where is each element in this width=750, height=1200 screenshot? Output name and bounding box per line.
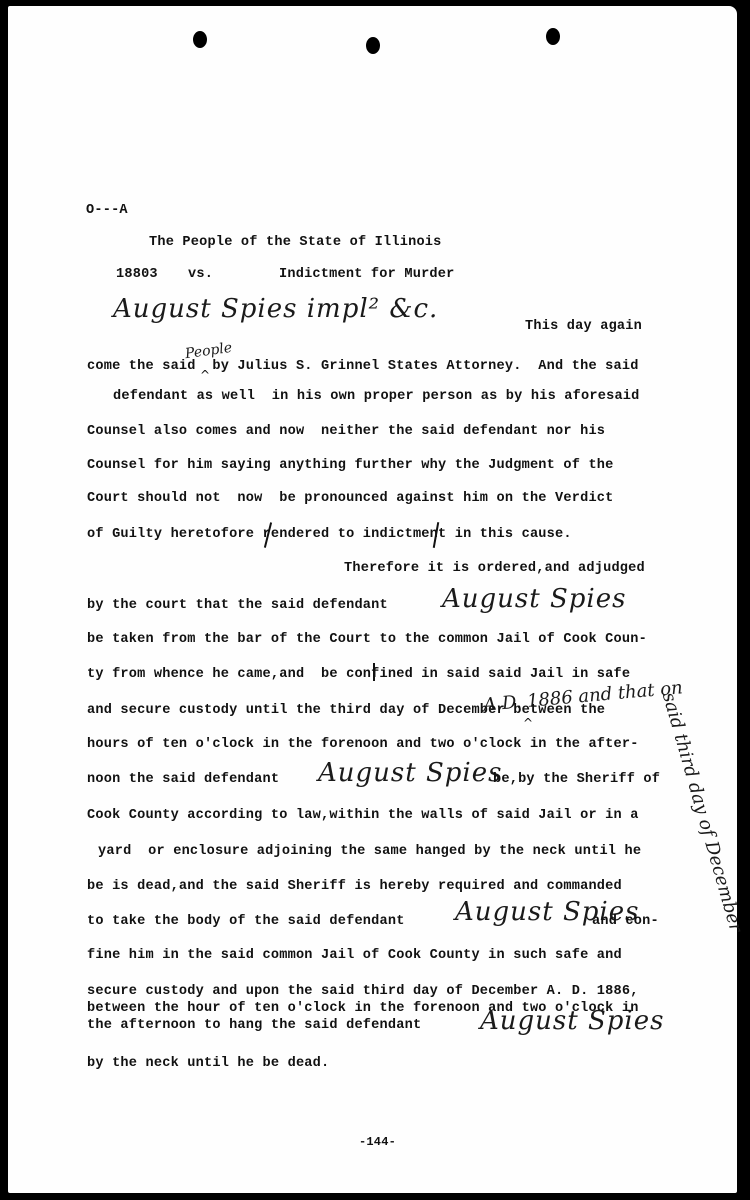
body-line: and con- bbox=[592, 915, 659, 929]
case-number: 18803 bbox=[116, 268, 158, 282]
handwritten-defendant-name: August Spies bbox=[318, 760, 502, 786]
handwritten-defendant-name: August Spies bbox=[480, 1008, 664, 1034]
handwritten-defendant-caption: August Spies impl² &c. bbox=[113, 296, 438, 322]
file-marker: O---A bbox=[86, 204, 128, 218]
body-line: hours of ten o'clock in the forenoon and… bbox=[87, 738, 639, 752]
body-line: be,by the Sheriff of bbox=[493, 773, 660, 787]
body-line: the afternoon to hang the said defendant bbox=[87, 1019, 421, 1033]
body-line: Therefore it is ordered,and adjudged bbox=[344, 562, 645, 576]
body-line: be taken from the bar of the Court to th… bbox=[87, 633, 647, 647]
body-line: ty from whence he came,and be confined i… bbox=[87, 668, 630, 682]
caption-versus: vs. bbox=[188, 268, 213, 282]
body-line: come the said by Julius S. Grinnel State… bbox=[87, 360, 639, 374]
body-line: to take the body of the said defendant bbox=[87, 915, 405, 929]
body-line: of Guilty heretofore rendered to indictm… bbox=[87, 528, 572, 542]
body-line: defendant as well in his own proper pers… bbox=[113, 390, 640, 404]
punch-hole-right bbox=[546, 28, 560, 45]
body-line: Court should not now be pronounced again… bbox=[87, 492, 614, 506]
caption-charge: Indictment for Murder bbox=[279, 268, 455, 282]
handwritten-defendant-name: August Spies bbox=[442, 586, 626, 612]
body-line: by the neck until he be dead. bbox=[87, 1057, 329, 1071]
edit-mark bbox=[373, 663, 375, 681]
body-line: Counsel for him saying anything further … bbox=[87, 459, 614, 473]
body-line: by the court that the said defendant bbox=[87, 599, 388, 613]
page-number: -144- bbox=[359, 1136, 396, 1148]
body-line: fine him in the said common Jail of Cook… bbox=[87, 949, 622, 963]
insertion-caret: ^ bbox=[523, 716, 533, 730]
body-line: yard or enclosure adjoining the same han… bbox=[98, 845, 641, 859]
body-line: be is dead,and the said Sheriff is hereb… bbox=[87, 880, 622, 894]
body-line: noon the said defendant bbox=[87, 773, 279, 787]
body-line: Counsel also comes and now neither the s… bbox=[87, 425, 605, 439]
punch-hole-center bbox=[366, 37, 380, 54]
punch-hole-left bbox=[193, 31, 207, 48]
body-line: This day again bbox=[525, 320, 642, 334]
caption-plaintiff: The People of the State of Illinois bbox=[149, 236, 442, 250]
body-line: secure custody and upon the said third d… bbox=[87, 985, 639, 999]
body-line: Cook County according to law,within the … bbox=[87, 809, 639, 823]
